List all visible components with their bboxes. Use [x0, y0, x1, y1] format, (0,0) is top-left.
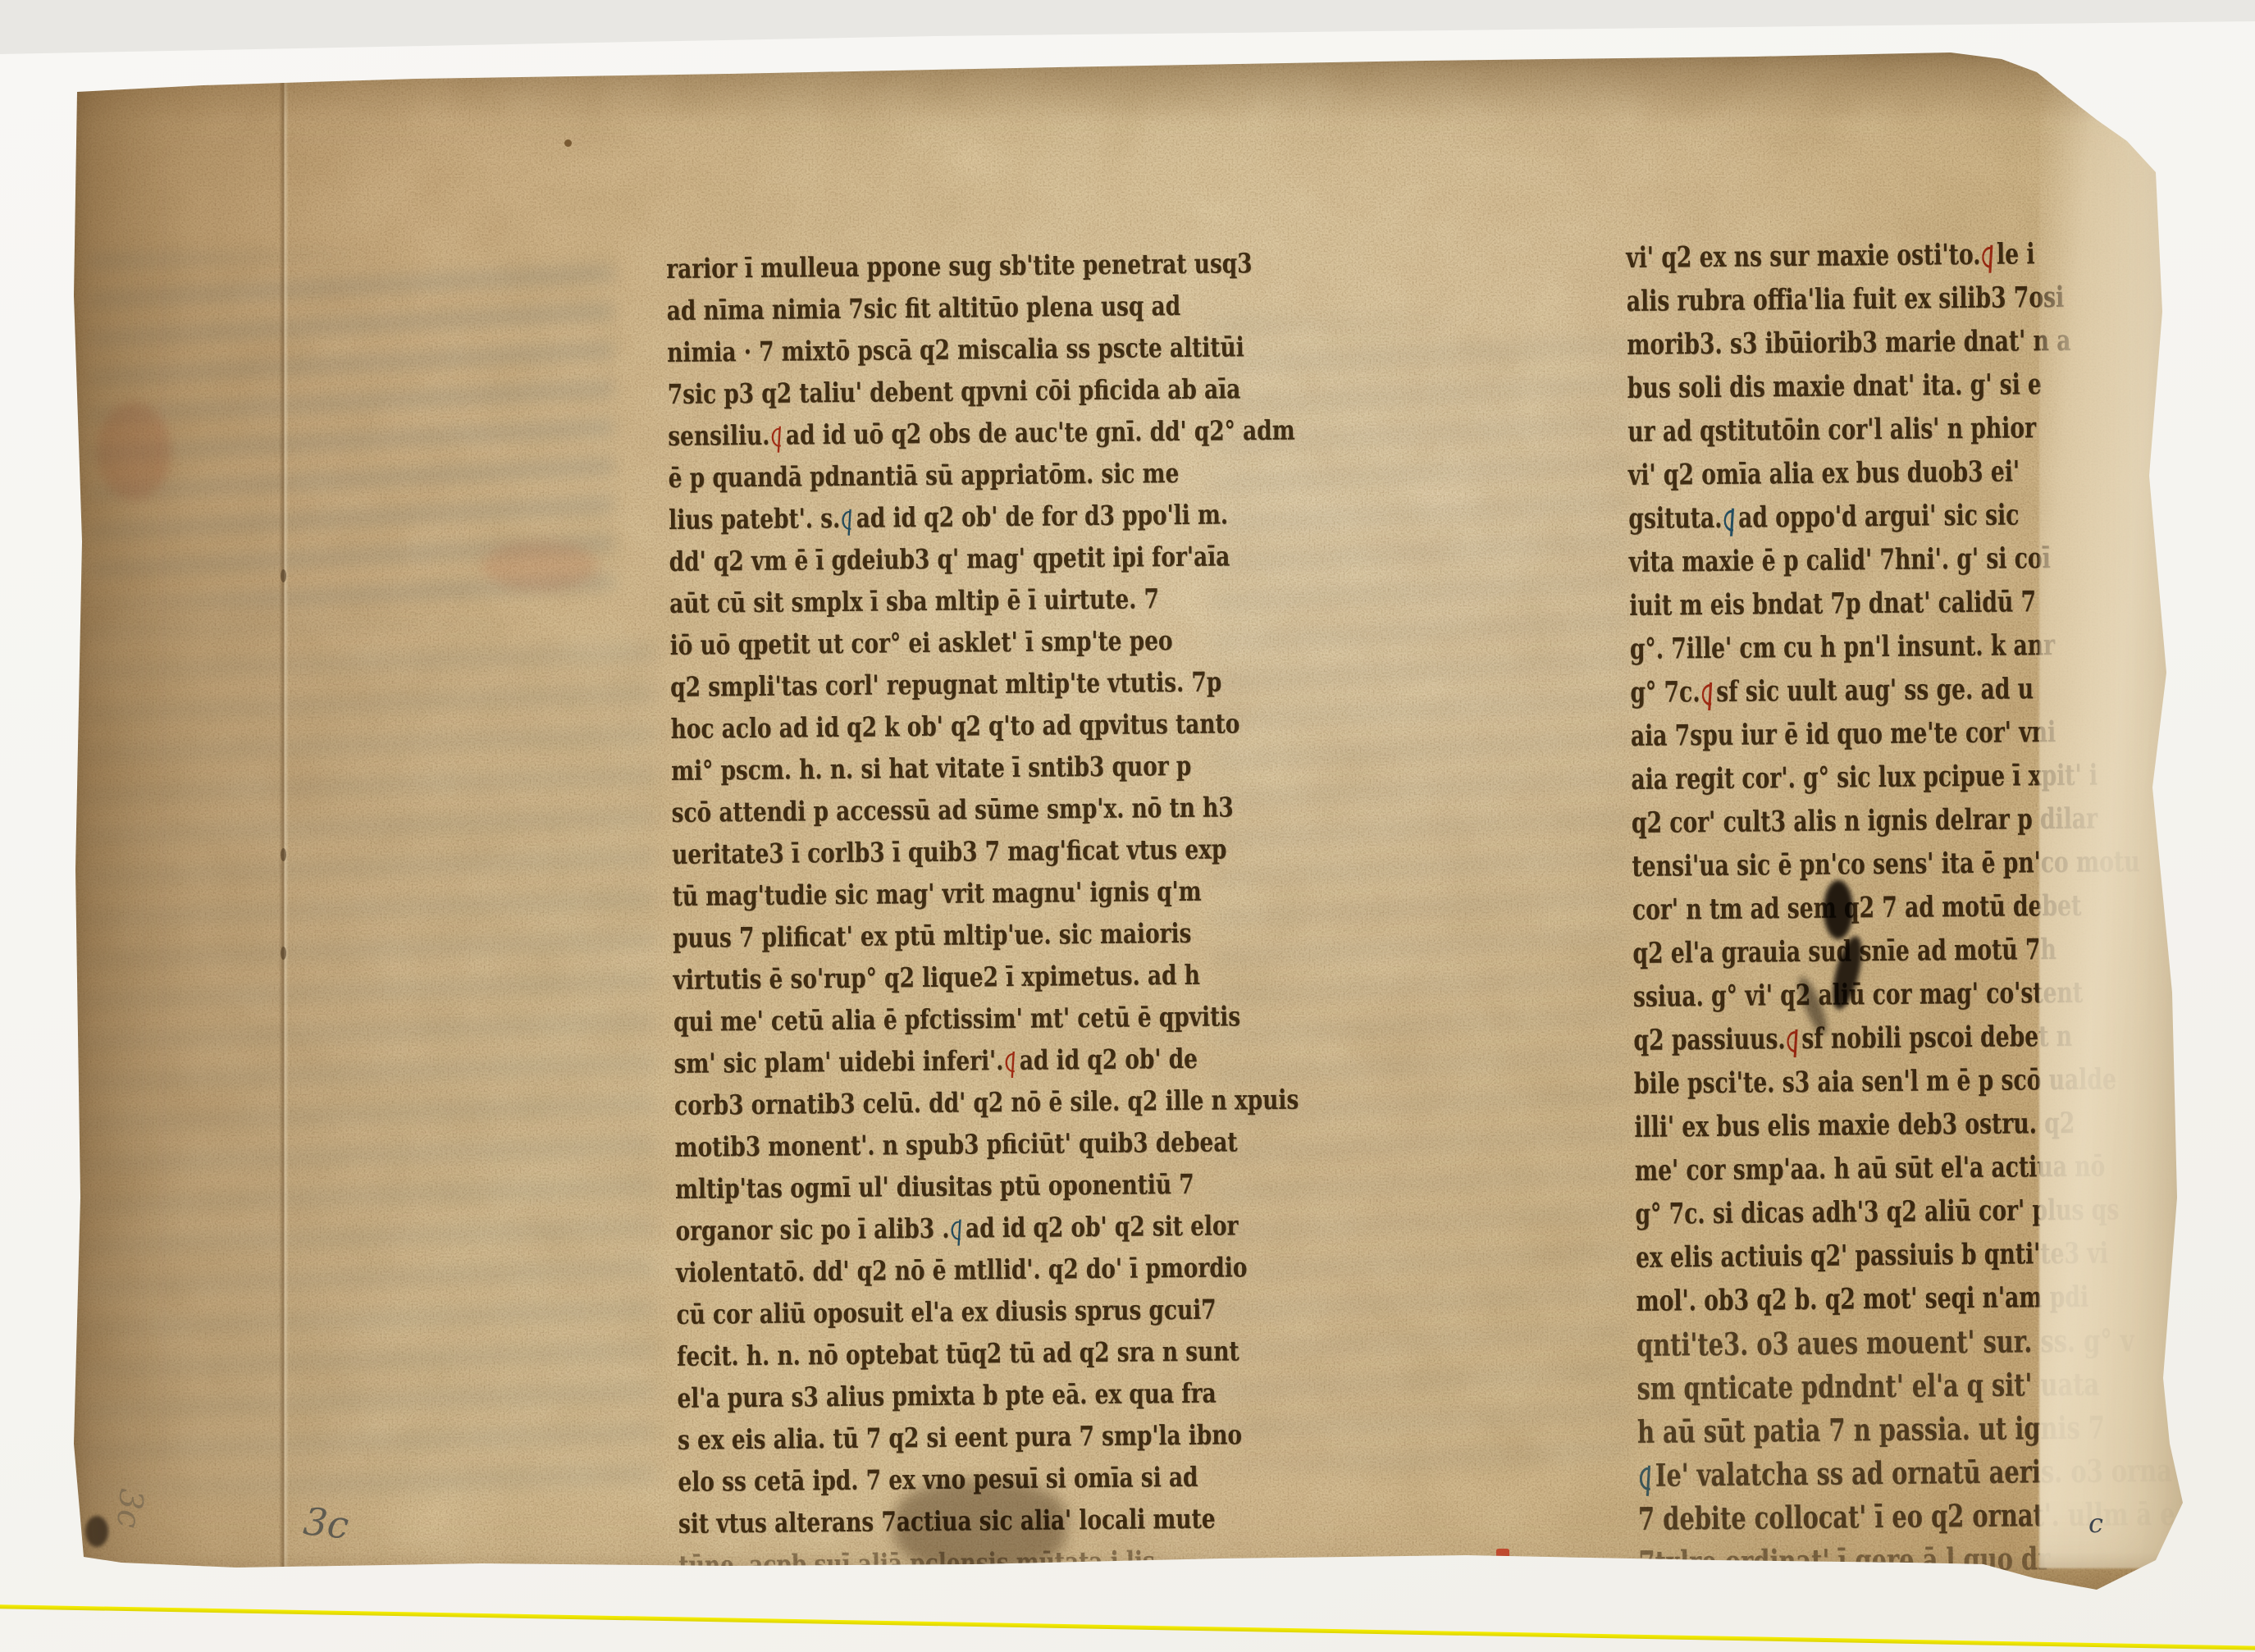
manuscript-scan: rarior ī mulleua ppone sug sb'tite penet…	[0, 0, 2255, 1652]
edge-vignette	[72, 49, 2200, 1609]
parchment-leaf: rarior ī mulleua ppone sug sb'tite penet…	[72, 49, 2200, 1609]
